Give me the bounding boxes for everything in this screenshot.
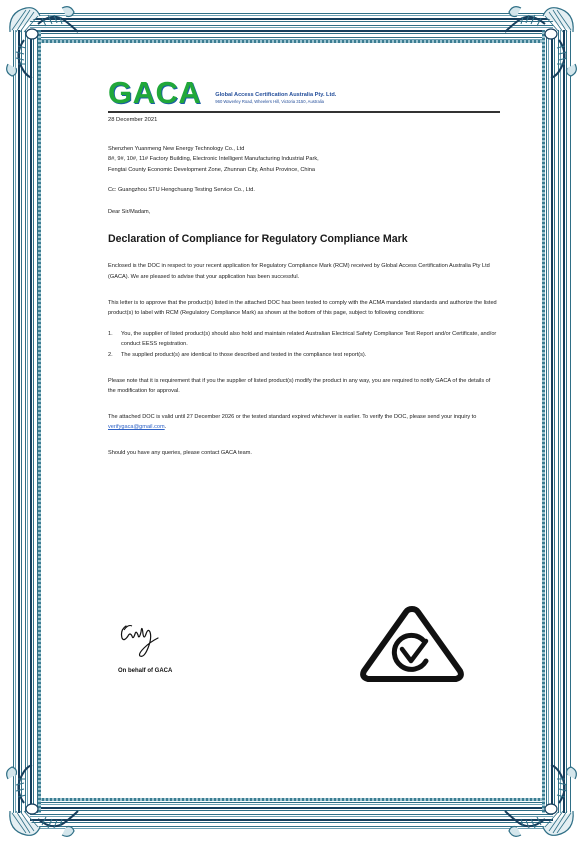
salutation: Dear Sir/Madam, <box>108 207 498 218</box>
condition-number: 1. <box>108 329 121 350</box>
recipient-address-line1: 8#, 9#, 10#, 11# Factory Building, Elect… <box>108 154 498 165</box>
org-address: 960 Waverley Road, Wheelers Hill, Victor… <box>215 99 336 105</box>
on-behalf-label: On behalf of GACA <box>118 668 172 674</box>
letter-date: 28 December 2021 <box>108 117 498 123</box>
condition-number: 2. <box>108 350 121 361</box>
border-left <box>12 30 38 813</box>
letterhead: GACA Global Access Certification Austral… <box>108 74 498 108</box>
cc-line: Cc: Guangzhou STU Hengchuang Testing Ser… <box>108 185 498 196</box>
letter-title: Declaration of Compliance for Regulatory… <box>108 232 498 246</box>
recipient-company: Shenzhen Yuanmeng New Energy Technology … <box>108 144 498 155</box>
shell-ornament-icon <box>2 763 80 841</box>
border-bottom <box>30 801 553 831</box>
signature-icon <box>118 618 162 664</box>
condition-text: You, the supplier of listed product(s) s… <box>121 329 498 350</box>
org-block: Global Access Certification Australia Pt… <box>215 92 336 105</box>
condition-item: 1. You, the supplier of listed product(s… <box>108 329 498 350</box>
shell-ornament-icon <box>503 763 581 841</box>
rcm-mark-icon <box>356 603 468 685</box>
condition-text: The supplied product(s) are identical to… <box>121 350 366 361</box>
approval-paragraph: This letter is to approve that the produ… <box>108 298 498 319</box>
validity-text: The attached DOC is valid until 27 Decem… <box>108 414 476 420</box>
org-name: Global Access Certification Australia Pt… <box>215 92 336 99</box>
signature-block: On behalf of GACA <box>118 618 172 674</box>
validity-paragraph: The attached DOC is valid until 27 Decem… <box>108 412 498 433</box>
shell-ornament-icon <box>2 2 80 80</box>
handwritten-signature <box>118 618 172 664</box>
header-rule <box>108 111 500 113</box>
letter: GACA Global Access Certification Austral… <box>108 74 498 459</box>
conditions-list: 1. You, the supplier of listed product(s… <box>108 329 498 361</box>
closing-paragraph: Should you have any queries, please cont… <box>108 448 498 459</box>
border-top <box>30 12 553 40</box>
modification-paragraph: Please note that it is requirement that … <box>108 376 498 397</box>
condition-item: 2. The supplied product(s) are identical… <box>108 350 498 361</box>
border-right <box>545 30 571 813</box>
verify-email-link[interactable]: verifygaca@gmail.com <box>108 424 165 430</box>
gaca-logo: GACA <box>108 78 201 108</box>
recipient-address-line2: Fengtai County Economic Development Zone… <box>108 165 498 176</box>
recipient-block: Shenzhen Yuanmeng New Energy Technology … <box>108 144 498 176</box>
intro-paragraph: Enclosed is the DOC in respect to your r… <box>108 261 498 282</box>
shell-ornament-icon <box>503 2 581 80</box>
validity-suffix: . <box>165 424 167 430</box>
